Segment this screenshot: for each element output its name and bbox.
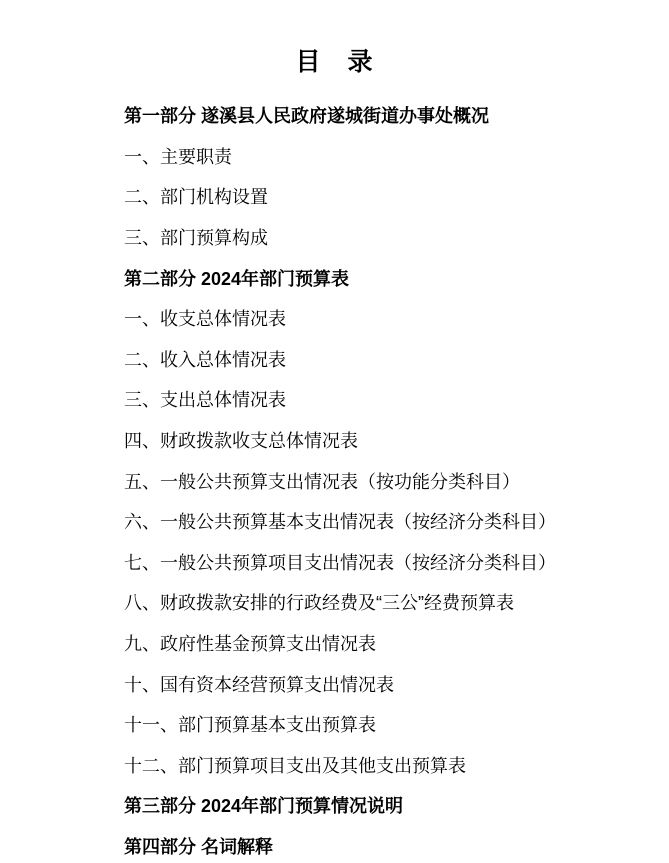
toc-section-heading: 第二部分 2024年部门预算表 [124,257,629,298]
toc-entry: 四、财政拨款收支总体情况表 [124,420,629,461]
toc-section-heading: 第一部分 遂溪县人民政府遂城街道办事处概况 [124,95,629,136]
toc-entry: 二、部门机构设置 [124,176,629,217]
toc-entry: 八、财政拨款安排的行政经费及“三公”经费预算表 [124,582,629,623]
toc-entry: 三、部门预算构成 [124,217,629,258]
toc-entry: 一、主要职责 [124,136,629,177]
toc-entry: 十二、部门预算项目支出及其他支出预算表 [124,745,629,786]
toc-entry: 三、支出总体情况表 [124,379,629,420]
toc-entry: 九、政府性基金预算支出情况表 [124,623,629,664]
toc-entry: 七、一般公共预算项目支出情况表（按经济分类科目） [124,542,629,583]
toc-entry: 一、收支总体情况表 [124,298,629,339]
toc-section-heading: 第三部分 2024年部门预算情况说明 [124,785,629,826]
toc-entry: 六、一般公共预算基本支出情况表（按经济分类科目） [124,501,629,542]
toc-entry: 十、国有资本经营预算支出情况表 [124,663,629,704]
toc-entry: 十一、部门预算基本支出预算表 [124,704,629,745]
toc-section-heading: 第四部分 名词解释 [124,826,629,863]
document-page: 目 录 第一部分 遂溪县人民政府遂城街道办事处概况 一、主要职责 二、部门机构设… [0,0,669,863]
toc-entry: 五、一般公共预算支出情况表（按功能分类科目） [124,460,629,501]
toc-entry: 二、收入总体情况表 [124,339,629,380]
table-of-contents: 第一部分 遂溪县人民政府遂城街道办事处概况 一、主要职责 二、部门机构设置 三、… [124,95,629,863]
document-title: 目 录 [0,45,669,79]
